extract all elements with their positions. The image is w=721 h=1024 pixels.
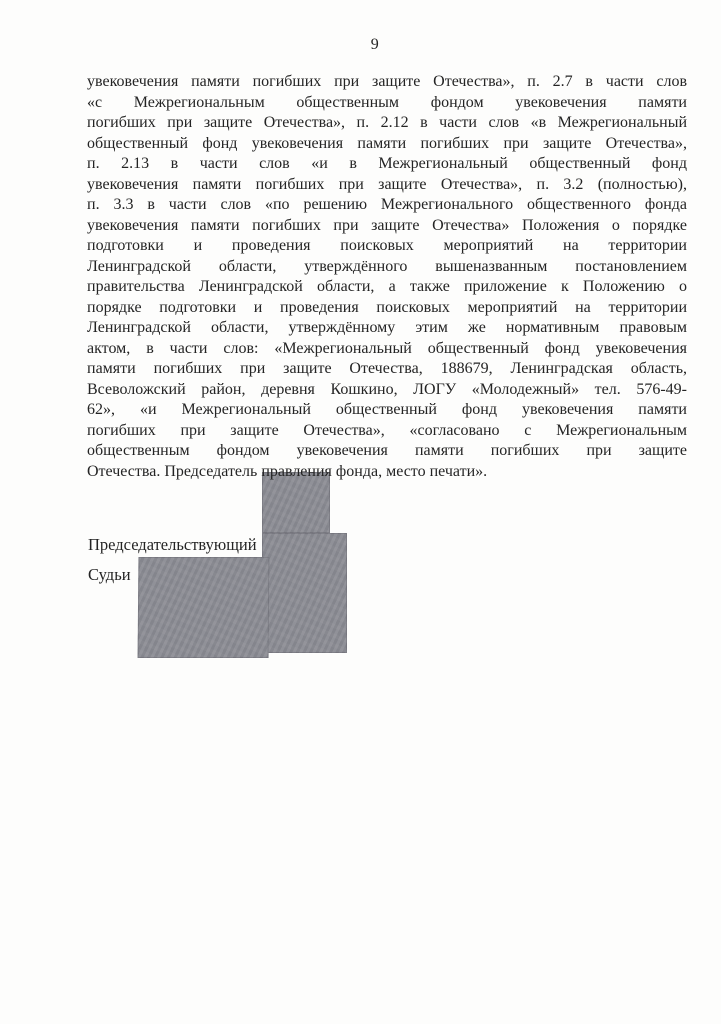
paragraph-line: актом, в части слов: «Межрегиональный об… xyxy=(87,339,687,360)
judges-label: Судьи xyxy=(88,565,131,585)
paragraph-line: Отечества. Председатель правления фонда,… xyxy=(87,462,687,483)
paragraph-line: общественным фондом увековечения памяти … xyxy=(87,441,687,462)
paragraph-line: погибших при защите Отечества», п. 2.12 … xyxy=(87,113,687,134)
paragraph-line: погибших при защите Отечества», «согласо… xyxy=(87,421,687,442)
paragraph-line: п. 2.13 в части слов «и в Межрегиональны… xyxy=(87,154,687,175)
paragraph-line: 62», «и Межрегиональный общественный фон… xyxy=(87,400,687,421)
paragraph-line: памяти погибших при защите Отечества, 18… xyxy=(87,359,687,380)
paragraph-line: п. 3.3 в части слов «по решению Межрегио… xyxy=(87,195,687,216)
paragraph-line: увековечения памяти погибших при защите … xyxy=(87,216,687,237)
signature-stamp-redaction-right xyxy=(262,533,347,653)
paragraph-line: порядке подготовки и проведения поисковы… xyxy=(87,298,687,319)
presiding-judge-label: Председательствующий xyxy=(88,535,257,555)
paragraph-line: увековечения памяти погибших при защите … xyxy=(87,175,687,196)
paragraph-line: увековечения памяти погибших при защите … xyxy=(87,72,687,93)
paragraph-line: Ленинградской области, утверждённого выш… xyxy=(87,257,687,278)
paragraph-line: правительства Ленинградской области, а т… xyxy=(87,277,687,298)
judgment-text-paragraph: увековечения памяти погибших при защите … xyxy=(87,72,687,482)
signature-stamp-redaction-left xyxy=(138,557,270,658)
paragraph-line: Ленинградской области, утверждённому эти… xyxy=(87,318,687,339)
paragraph-line: общественный фонд увековечения памяти по… xyxy=(87,134,687,155)
paragraph-line: подготовки и проведения поисковых меропр… xyxy=(87,236,687,257)
document-page: 9 увековечения памяти погибших при защит… xyxy=(0,0,721,1024)
paragraph-line: «с Межрегиональным общественным фондом у… xyxy=(87,93,687,114)
paragraph-line: Всеволожский район, деревня Кошкино, ЛОГ… xyxy=(87,380,687,401)
page-number: 9 xyxy=(87,36,663,54)
